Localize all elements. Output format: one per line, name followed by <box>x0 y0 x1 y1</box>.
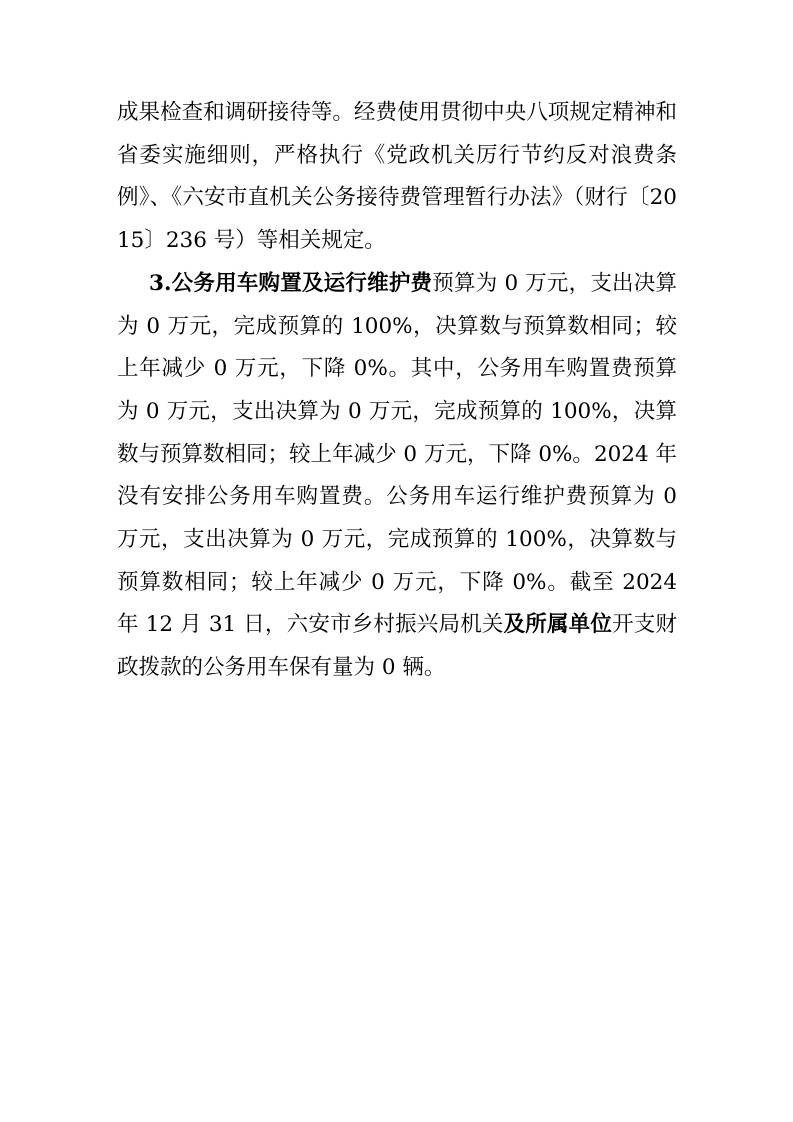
paragraph-item-3: 3.公务用车购置及运行维护费预算为 0 万元，支出决算为 0 万元，完成预算的 … <box>117 263 677 690</box>
item-3-heading: 3.公务用车购置及运行维护费 <box>149 271 432 296</box>
item-3-emphasis: 及所属单位 <box>504 612 612 637</box>
document-body: 成果检查和调研接待等。经费使用贯彻中央八项规定精神和省委实施细则，严格执行《党政… <box>117 92 677 690</box>
document-page: 成果检查和调研接待等。经费使用贯彻中央八项规定精神和省委实施细则，严格执行《党政… <box>0 0 793 1122</box>
paragraph-continuation: 成果检查和调研接待等。经费使用贯彻中央八项规定精神和省委实施细则，严格执行《党政… <box>117 92 677 263</box>
item-3-body-1: 预算为 0 万元，支出决算为 0 万元，完成预算的 100%，决算数与预算数相同… <box>117 271 677 638</box>
